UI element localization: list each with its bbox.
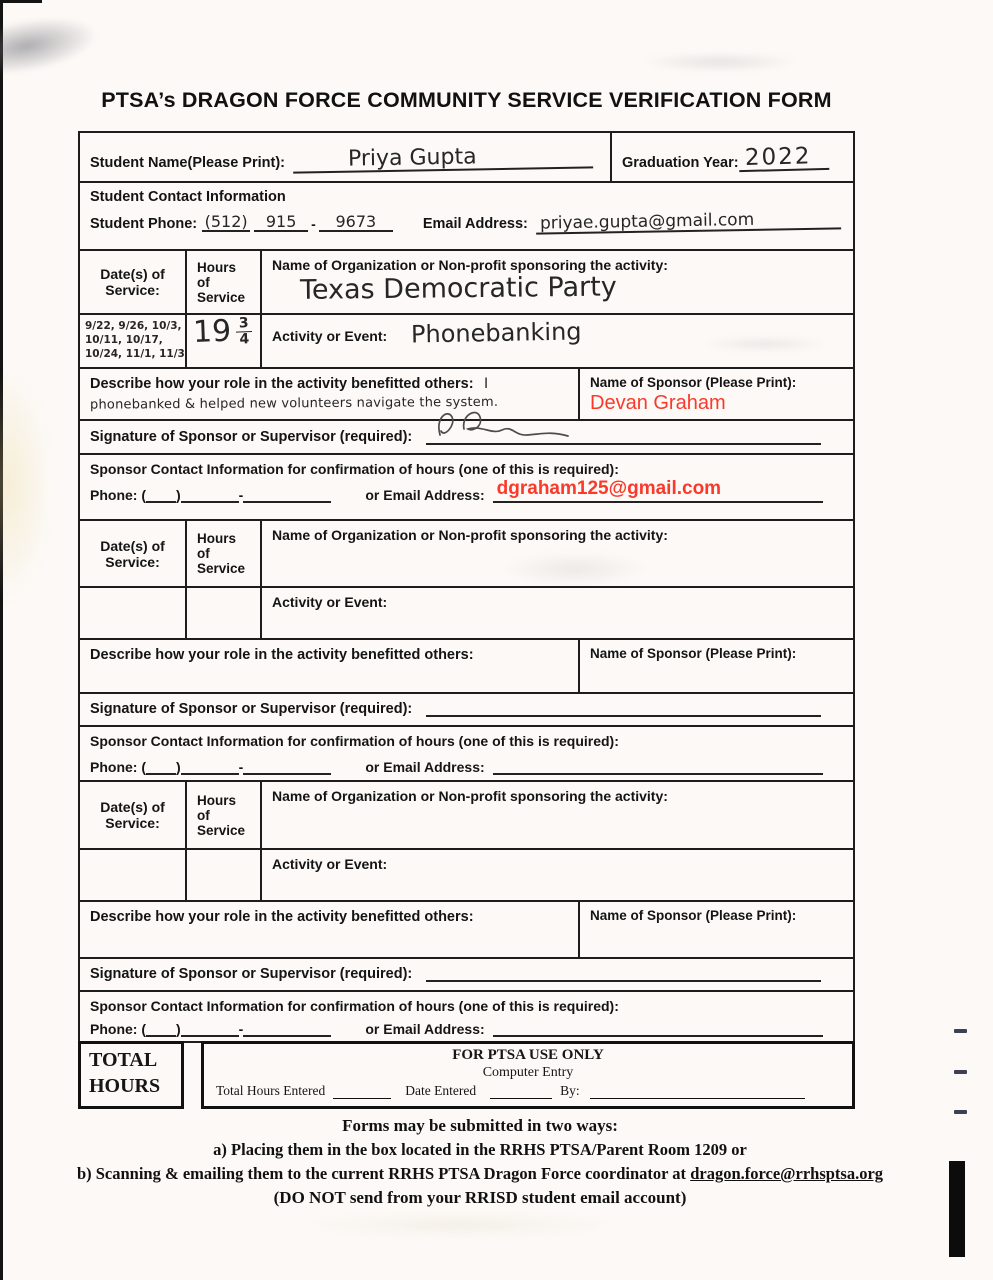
service-block-2-describe-row: Describe how your role in the activity b… [80, 640, 853, 694]
activity-label: Activity or Event: [272, 328, 387, 344]
service-block-3-sponsor-contact-row: Sponsor Contact Information for confirma… [80, 992, 853, 1041]
student-phone-line: 9673 [319, 214, 393, 232]
hours-of-service-header: Hours of Service [187, 782, 262, 848]
organization-label: Name of Organization or Non-profit spons… [272, 527, 843, 543]
hours-of-service-header: Hours of Service [187, 521, 262, 586]
organization-cell: Name of Organization or Non-profit spons… [262, 521, 853, 586]
scanned-form-page: PTSA’s DRAGON FORCE COMMUNITY SERVICE VE… [0, 0, 993, 1280]
footer-line-2: a) Placing them in the box located in th… [40, 1140, 920, 1160]
signature-label: Signature of Sponsor or Supervisor (requ… [90, 429, 412, 445]
phone-prefix-blank [181, 1021, 239, 1037]
student-email-value: priyae.gupta@gmail.com [536, 210, 841, 234]
dates-value-cell [80, 850, 187, 900]
student-name-value: Priya Gupta [293, 144, 593, 173]
hours-value-cell: 19 3 4 [187, 315, 262, 367]
scan-left-edge [0, 0, 3, 1280]
sponsor-signature [430, 405, 580, 445]
student-phone-prefix: 915 [254, 214, 308, 232]
phone-label: Phone: ( [90, 1021, 146, 1037]
service-block-3-org-row: Date(s) of Service: Hours of Service Nam… [80, 782, 853, 850]
signature-label: Signature of Sponsor or Supervisor (requ… [90, 966, 412, 982]
student-email-label: Email Address: [423, 216, 528, 232]
scan-registration-dash [954, 1070, 967, 1074]
service-block-1-sponsor-contact-row: Sponsor Contact Information for confirma… [80, 455, 853, 521]
activity-cell: Activity or Event: [262, 850, 853, 900]
activity-label: Activity or Event: [272, 856, 387, 872]
verification-form-table: Student Name(Please Print): Priya Gupta … [78, 131, 855, 1043]
phone-line-blank [243, 487, 331, 503]
by-blank [590, 1085, 805, 1099]
sponsor-email-line: dgraham125@gmail.com [493, 485, 823, 503]
scan-top-edge [0, 0, 42, 3]
service-block-3-signature-row: Signature of Sponsor or Supervisor (requ… [80, 959, 853, 992]
sponsor-name-label: Name of Sponsor (Please Print): [590, 908, 843, 923]
or-email-label: or Email Address: [365, 1021, 484, 1037]
student-contact-header: Student Contact Information [90, 189, 843, 205]
sponsor-email-value: dgraham125@gmail.com [497, 478, 721, 500]
describe-role-label: Describe how your role in the activity b… [90, 376, 474, 392]
phone-label: Phone: ( [90, 759, 146, 775]
role-inline-value: I [484, 376, 488, 392]
footer-line-3: b) Scanning & emailing them to the curre… [40, 1164, 920, 1184]
phone-prefix-blank [181, 759, 239, 775]
phone-line-blank [243, 759, 331, 775]
signature-line [426, 707, 821, 717]
organization-cell: Name of Organization or Non-profit spons… [262, 251, 853, 313]
scan-yellow-tint [0, 370, 50, 600]
service-block-2-sponsor-contact-row: Sponsor Contact Information for confirma… [80, 727, 853, 782]
dates-of-service-header: Date(s) of Service: [80, 782, 187, 848]
phone-area-blank [146, 487, 176, 503]
organization-cell: Name of Organization or Non-profit spons… [262, 782, 853, 848]
student-phone-label: Student Phone: [90, 216, 197, 232]
hours-of-service-header: Hours of Service [187, 251, 262, 313]
signature-label: Signature of Sponsor or Supervisor (requ… [90, 701, 412, 717]
service-block-1-org-row: Date(s) of Service: Hours of Service Nam… [80, 251, 853, 315]
ptsa-use-title: FOR PTSA USE ONLY [204, 1047, 852, 1064]
dates-line-3: 10/24, 11/1, 11/3 [85, 347, 183, 361]
dates-line-1: 9/22, 9/26, 10/3, [85, 319, 183, 333]
phone-line-blank [243, 1021, 331, 1037]
hours-value-cell [187, 850, 262, 900]
hours-fraction-value: 3 4 [236, 316, 253, 347]
graduation-year-value: 2022 [738, 145, 829, 172]
describe-role-cell: Describe how your role in the activity b… [80, 640, 580, 692]
describe-role-label: Describe how your role in the activity b… [90, 909, 474, 925]
student-contact-row: Student Contact Information Student Phon… [80, 183, 853, 251]
service-block-3-activity-row: Activity or Event: [80, 850, 853, 902]
sponsor-contact-label: Sponsor Contact Information for confirma… [90, 461, 843, 477]
service-block-2-signature-row: Signature of Sponsor or Supervisor (requ… [80, 694, 853, 727]
describe-role-cell: Describe how your role in the activity b… [80, 902, 580, 957]
sponsor-contact-label: Sponsor Contact Information for confirma… [90, 998, 843, 1014]
sponsor-name-cell: Name of Sponsor (Please Print): Devan Gr… [580, 369, 853, 419]
phone-label: Phone: ( [90, 487, 146, 503]
dates-value-cell [80, 588, 187, 638]
service-block-3-describe-row: Describe how your role in the activity b… [80, 902, 853, 959]
or-email-label: or Email Address: [365, 759, 484, 775]
service-block-1-signature-row: Signature of Sponsor or Supervisor (requ… [80, 421, 853, 455]
sponsor-name-label: Name of Sponsor (Please Print): [590, 375, 843, 390]
sponsor-email-line [493, 1019, 823, 1037]
service-block-1-activity-row: 9/22, 9/26, 10/3, 10/11, 10/17, 10/24, 1… [80, 315, 853, 369]
signature-line [426, 435, 821, 445]
phone-area-blank [146, 759, 176, 775]
student-name-row: Student Name(Please Print): Priya Gupta … [80, 133, 853, 183]
dates-value-cell: 9/22, 9/26, 10/3, 10/11, 10/17, 10/24, 1… [80, 315, 187, 367]
phone-dash: - [311, 216, 316, 232]
phone-area-blank [146, 1021, 176, 1037]
student-contact-cell: Student Contact Information Student Phon… [80, 183, 853, 249]
describe-role-label: Describe how your role in the activity b… [90, 647, 474, 663]
sponsor-contact-label: Sponsor Contact Information for confirma… [90, 733, 843, 749]
total-hours-entered-blank [333, 1085, 391, 1099]
sponsor-name-label: Name of Sponsor (Please Print): [590, 646, 843, 661]
organization-value: Texas Democratic Party [300, 270, 843, 305]
bleedthrough-mark [300, 1212, 620, 1238]
hours-whole-value: 19 [192, 317, 231, 348]
total-hours-box: TOTAL HOURS [78, 1041, 184, 1109]
activity-label: Activity or Event: [272, 594, 387, 610]
or-email-label: or Email Address: [365, 487, 484, 503]
activity-value: Phonebanking [411, 320, 582, 347]
signature-line [426, 972, 821, 982]
submission-email: dragon.force@rrhsptsa.org [690, 1164, 883, 1183]
total-hours-section: TOTAL HOURS FOR PTSA USE ONLY Computer E… [78, 1041, 855, 1109]
graduation-year-cell: Graduation Year: 2022 [612, 133, 853, 181]
organization-label: Name of Organization or Non-profit spons… [272, 788, 843, 804]
footer-line-1: Forms may be submitted in two ways: [40, 1116, 920, 1136]
scan-registration-dash [954, 1110, 967, 1114]
total-hours-entered-label: Total Hours Entered [216, 1083, 325, 1099]
computer-entry-label: Computer Entry [204, 1065, 852, 1081]
dates-line-2: 10/11, 10/17, [85, 333, 183, 347]
dates-of-service-header: Date(s) of Service: [80, 251, 187, 313]
phone-prefix-blank [181, 487, 239, 503]
service-block-2-org-row: Date(s) of Service: Hours of Service Nam… [80, 521, 853, 588]
ptsa-use-only-box: FOR PTSA USE ONLY Computer Entry Total H… [201, 1041, 855, 1109]
bleedthrough-mark [640, 52, 800, 72]
date-entered-label: Date Entered [405, 1083, 476, 1099]
dates-of-service-header: Date(s) of Service: [80, 521, 187, 586]
scan-corner-smudge [0, 8, 102, 80]
activity-cell: Activity or Event: [262, 588, 853, 638]
graduation-year-label: Graduation Year: [622, 155, 739, 171]
student-phone-area: (512) [202, 214, 250, 232]
form-title: PTSA’s DRAGON FORCE COMMUNITY SERVICE VE… [78, 88, 855, 113]
hours-value-cell [187, 588, 262, 638]
by-label: By: [560, 1083, 580, 1099]
sponsor-name-value: Devan Graham [590, 391, 843, 415]
student-name-label: Student Name(Please Print): [90, 155, 285, 171]
sponsor-name-cell: Name of Sponsor (Please Print): [580, 902, 853, 957]
student-name-cell: Student Name(Please Print): Priya Gupta [80, 133, 612, 181]
activity-cell: Activity or Event: Phonebanking [262, 315, 853, 367]
footer-line-4: (DO NOT send from your RRISD student ema… [40, 1188, 920, 1208]
scan-right-black-bar [949, 1161, 965, 1257]
sponsor-email-line [493, 757, 823, 775]
date-entered-blank [490, 1085, 552, 1099]
service-block-2-activity-row: Activity or Event: [80, 588, 853, 640]
scan-registration-dash [954, 1029, 967, 1033]
sponsor-name-cell: Name of Sponsor (Please Print): [580, 640, 853, 692]
submission-instructions: Forms may be submitted in two ways: a) P… [40, 1116, 920, 1208]
